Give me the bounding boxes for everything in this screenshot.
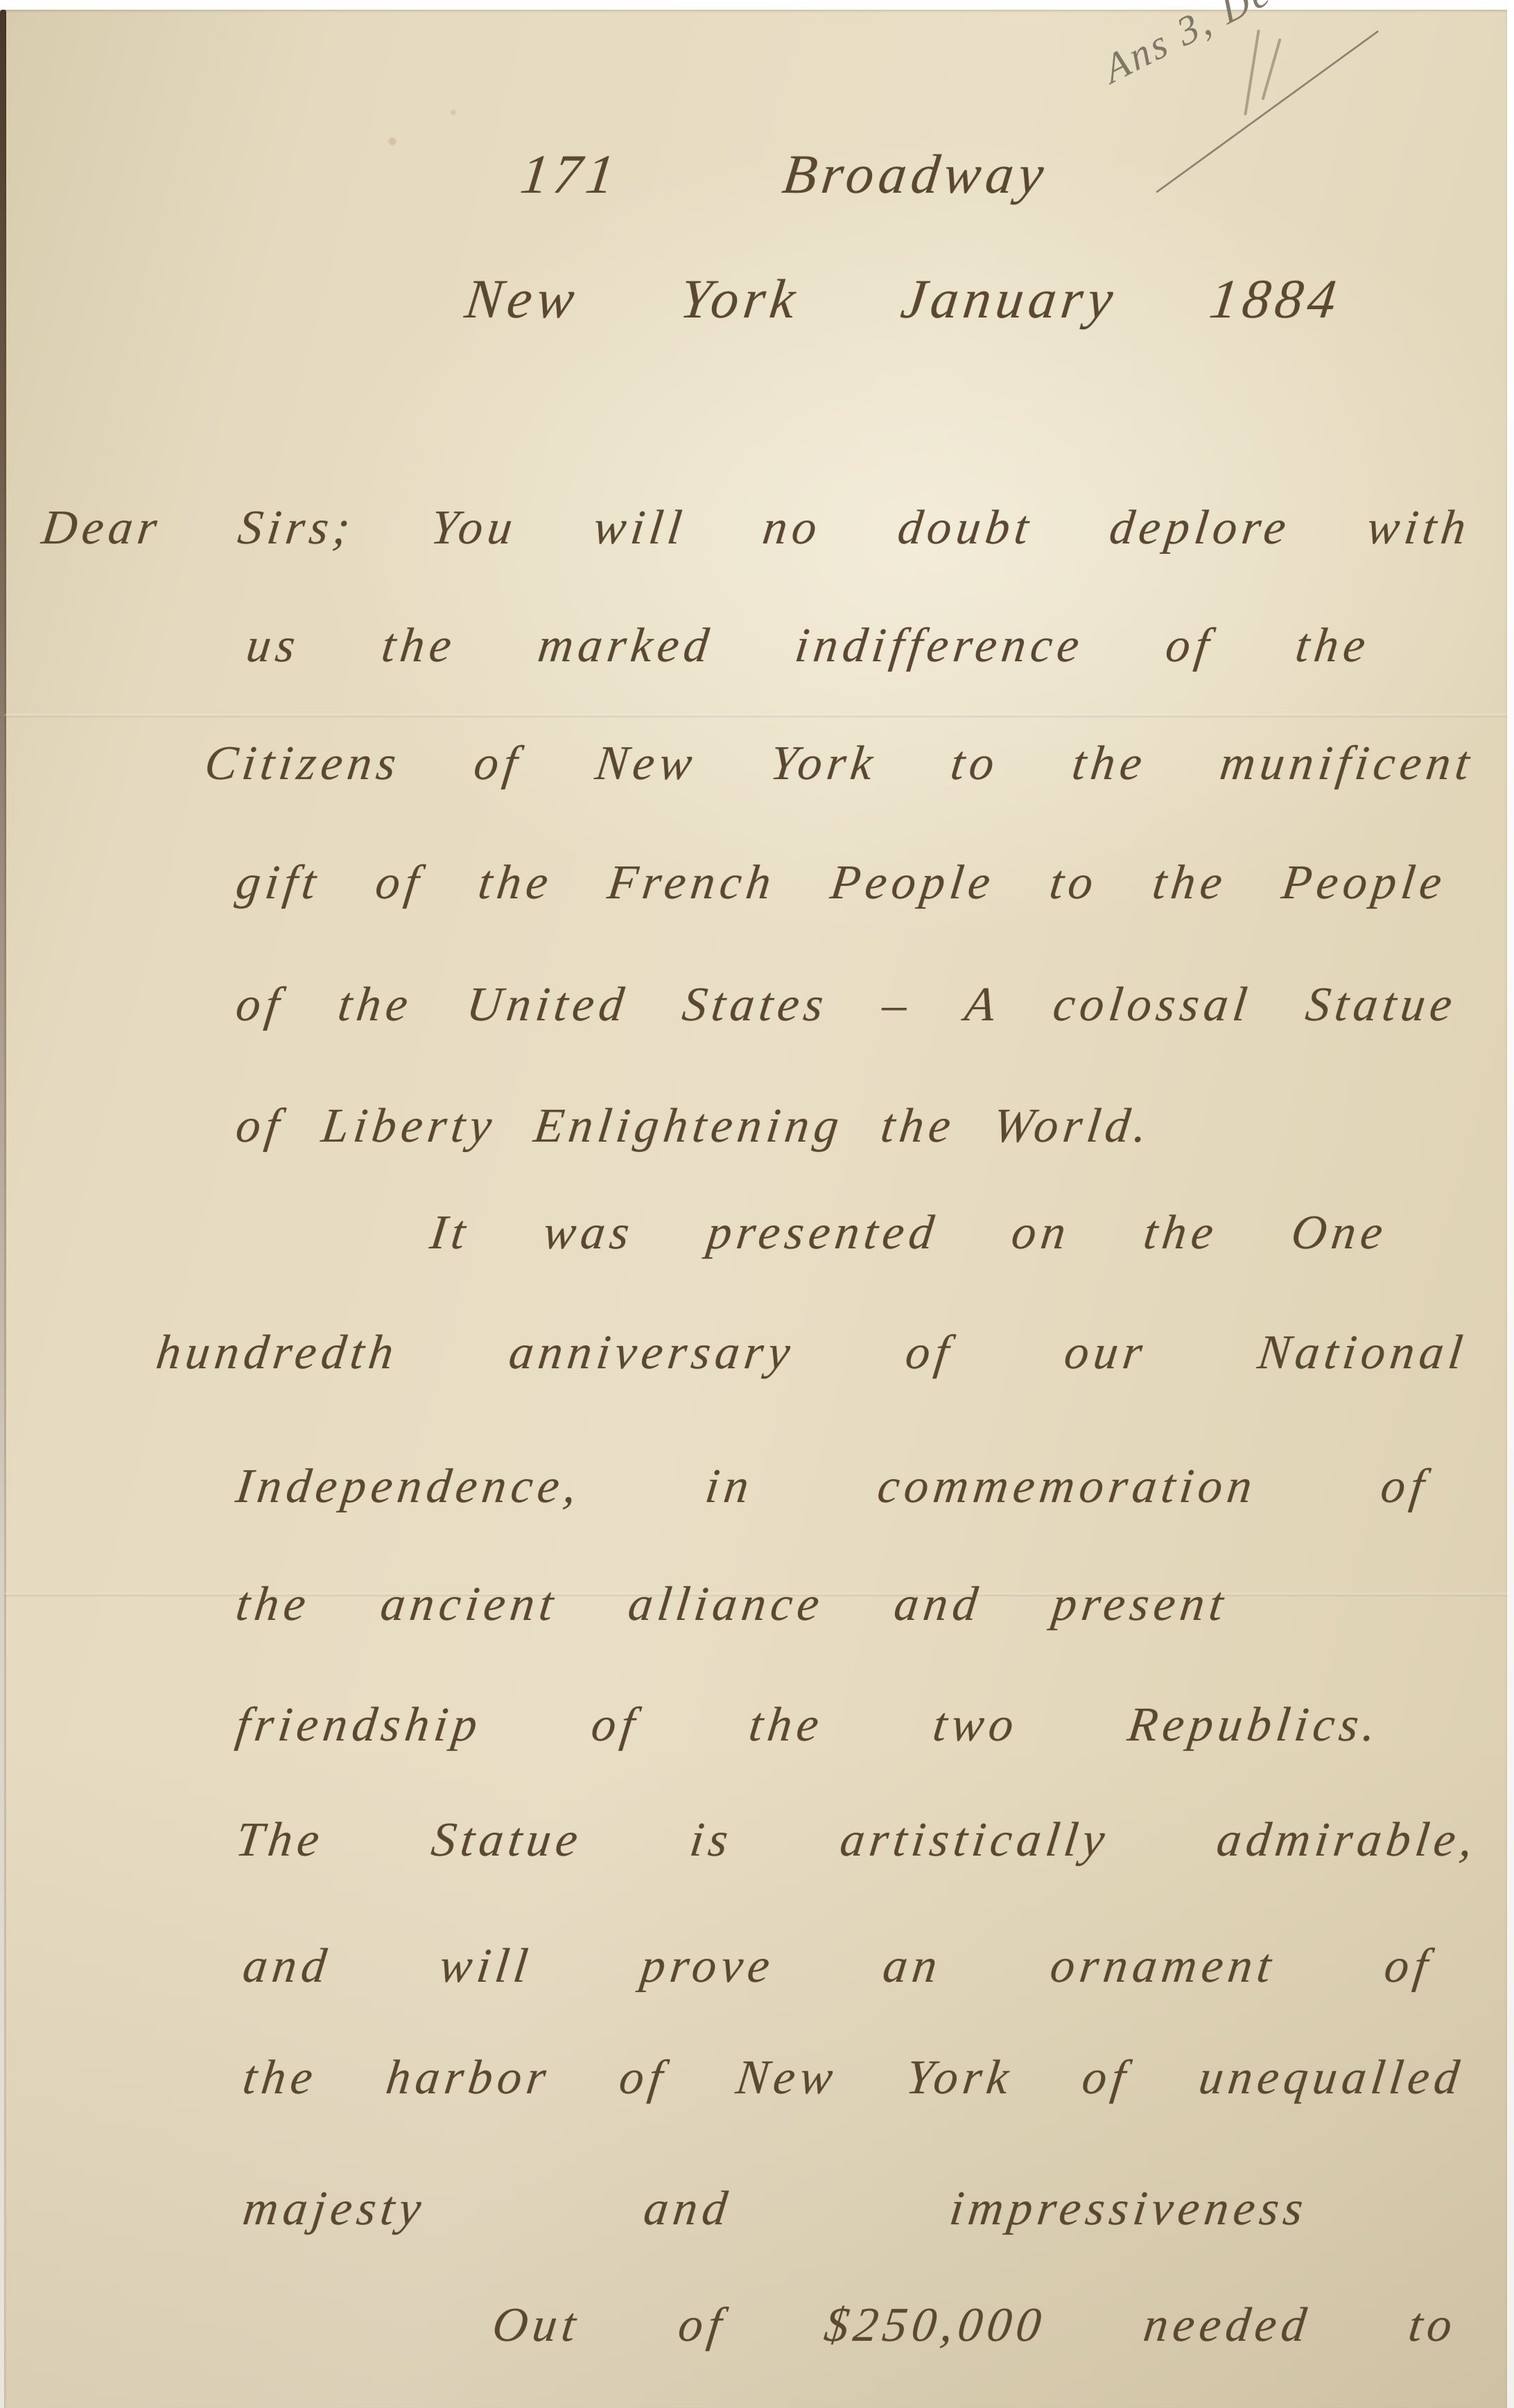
letter-line: us the marked indifference of the [243, 618, 1373, 674]
letter-line: Dear Sirs; You will no doubt deplore wit… [39, 500, 1474, 557]
letter-line: Citizens of New York to the munificent [202, 736, 1477, 792]
pencil-scribble-mark [1261, 38, 1281, 101]
letter-line: The Statue is artistically admirable, [233, 1813, 1481, 1869]
fold-crease-top [4, 714, 1507, 717]
letter-line: Independence, in commemoration of [233, 1459, 1432, 1515]
letter-paper: Ans 3, Dec 171 Broadway New York January… [4, 10, 1507, 2408]
letter-line: friendship of the two Republics. [233, 1698, 1384, 1754]
letter-line: the harbor of New York of unequalled [240, 2050, 1467, 2106]
address-line: 171 Broadway [517, 143, 1052, 207]
letter-line: of the United States – A colossal Statue [233, 977, 1460, 1033]
letter-line: It was presented on the One [427, 1205, 1391, 1262]
pencil-scribble-mark [1244, 29, 1260, 115]
letter-line: the ancient alliance and present [233, 1577, 1231, 1633]
letter-line: and will prove an ornament of [240, 1939, 1436, 1995]
place-date-line: New York January [462, 268, 1121, 331]
pencil-annotation: Ans 3, Dec [1098, 0, 1380, 93]
letter-line: of Liberty Enlightening the World. [233, 1099, 1155, 1155]
year-label: 1884 [1206, 268, 1394, 331]
letter-line: gift of the French People to the People [233, 855, 1450, 911]
letter-line: Out of $250,000 needed to [489, 2298, 1460, 2354]
letter-line: majesty and impressiveness [240, 2181, 1311, 2237]
letter-line: hundredth anniversary of our National [153, 1325, 1470, 1381]
